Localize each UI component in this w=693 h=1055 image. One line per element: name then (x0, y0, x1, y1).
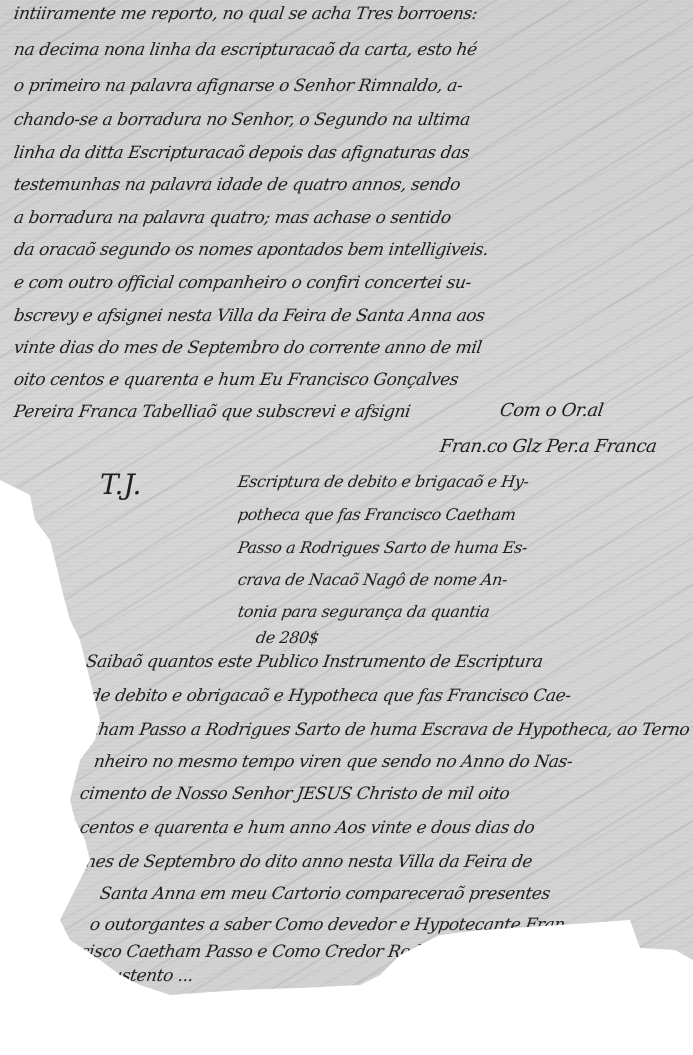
body-line: Sustento ... (99, 966, 195, 986)
manuscript-page: intiiramente me reporto, no qual se acha… (0, 0, 693, 1055)
body-line: a borradura na palavra quatro; mas achas… (13, 208, 453, 228)
deed-heading-line: de 280$ (255, 628, 320, 647)
body-line: mes de Septembro do dito anno nesta Vill… (79, 852, 534, 872)
body-line: Santa Anna em meu Cartorio compareceraõ … (99, 884, 552, 904)
body-line: intiiramente me reporto, no qual se acha… (13, 4, 479, 24)
body-line: da oracaõ segundo os nomes apontados bem… (13, 240, 490, 260)
body-line: bscrevy e afsignei nesta Villa da Feira … (13, 306, 486, 326)
body-line: tham Passo a Rodrigues Sarto de huma Esc… (91, 720, 693, 740)
body-line: de debito e obrigacaõ e Hypotheca que fa… (89, 686, 573, 706)
deed-heading-line: tonia para segurança da quantia (237, 602, 491, 621)
body-line: cisco Caetham Passo e Como Credor Rodrig… (79, 942, 550, 962)
deed-heading-line: potheca que fas Francisco Caetham (237, 505, 517, 524)
signature-line: Fran.co Glz Per.a Franca (439, 436, 658, 457)
body-line: vinte dias do mes de Septembro do corren… (13, 338, 483, 358)
body-line: o outorgantes a saber Como devedor e Hyp… (89, 915, 572, 935)
body-line: linha da ditta Escripturacaõ depois das … (13, 143, 471, 163)
body-line: cimento de Nosso Senhor JESUS Christo de… (79, 784, 511, 804)
body-line: o primeiro na palavra afignarse o Senhor… (13, 76, 464, 96)
deed-heading-line: Passo a Rodrigues Sarto de huma Es- (237, 538, 529, 557)
margin-note: T.J. (100, 468, 141, 501)
body-line: e com outro official companheiro o confi… (13, 273, 473, 293)
body-line: oito centos e quarenta e hum Eu Francisc… (13, 370, 460, 390)
body-line: nheiro no mesmo tempo viren que sendo no… (93, 752, 574, 772)
deed-heading-line: crava de Nacaõ Nagô de nome An- (237, 570, 509, 589)
body-line: na decima nona linha da escripturacaõ da… (13, 40, 479, 60)
body-line: Pereira Franca Tabelliaõ que subscrevi e… (13, 402, 412, 422)
signature-line: Com o Or.al (499, 400, 605, 421)
body-line: chando-se a borradura no Senhor, o Segun… (13, 110, 472, 130)
body-line: testemunhas na palavra idade de quatro a… (13, 175, 462, 195)
body-line: centos e quarenta e hum anno Aos vinte e… (79, 818, 536, 838)
deed-heading-line: Escriptura de debito e brigacaõ e Hy- (237, 472, 530, 491)
body-line: Saibaõ quantos este Publico Instrumento … (85, 652, 544, 672)
